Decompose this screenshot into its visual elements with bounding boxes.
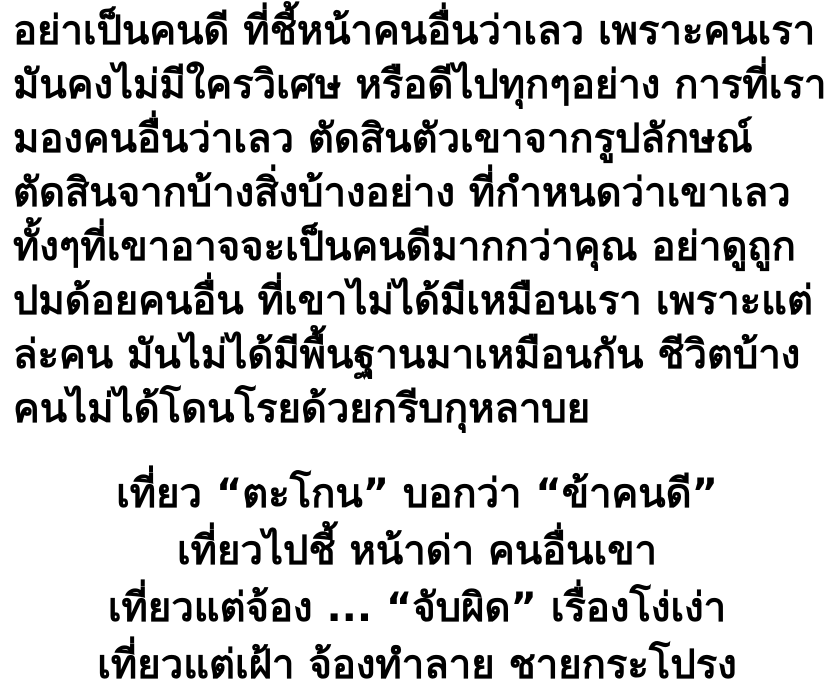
poem-line: เที่ยวไปชี้ หน้าด่า คนอื่นเขา (0, 523, 834, 580)
paragraph-line: ทั้งๆที่เขาอาจจะเป็นคนดีมากกว่าคุณ อย่าด… (13, 220, 830, 274)
paragraph-line: มันคงไม่มีใครวิเศษ หรือดีไปทุกๆอย่าง การ… (13, 58, 830, 112)
quote-image-page: { "page": { "background_color": "#ffffff… (0, 0, 834, 686)
paragraph-line: มองคนอื่นว่าเลว ตัดสินตัวเขาจากรูปลักษณ์ (13, 112, 830, 166)
quote-image-canvas: อย่าเป็นคนดี ที่ชี้หน้าคนอื่นว่าเลว เพรา… (0, 0, 834, 686)
paragraph-block: อย่าเป็นคนดี ที่ชี้หน้าคนอื่นว่าเลว เพรา… (13, 4, 830, 436)
paragraph-line: ล่ะคน มันไม่ได้มีพื้นฐานมาเหมือนกัน ชีวิ… (13, 328, 830, 382)
paragraph-line: อย่าเป็นคนดี ที่ชี้หน้าคนอื่นว่าเลว เพรา… (13, 4, 830, 58)
paragraph-line: คนไม่ได้โดนโรยด้วยกรีบกุหลาบย (13, 382, 830, 436)
poem-block: เที่ยว “ตะโกน” บอกว่า “ข้าคนดี” เที่ยวไป… (0, 466, 834, 686)
poem-line: เที่ยวแต่เฝ้า จ้องทำลาย ชายกระโปรง (0, 637, 834, 686)
poem-line: เที่ยว “ตะโกน” บอกว่า “ข้าคนดี” (0, 466, 834, 523)
poem-line: เที่ยวแต่จ้อง ... “จับผิด” เรื่องโง่เง่า (0, 580, 834, 637)
paragraph-line: ตัดสินจากบ้างสิ่งบ้างอย่าง ที่กำหนดว่าเข… (13, 166, 830, 220)
paragraph-line: ปมด้อยคนอื่น ที่เขาไม่ได้มีเหมือนเรา เพร… (13, 274, 830, 328)
